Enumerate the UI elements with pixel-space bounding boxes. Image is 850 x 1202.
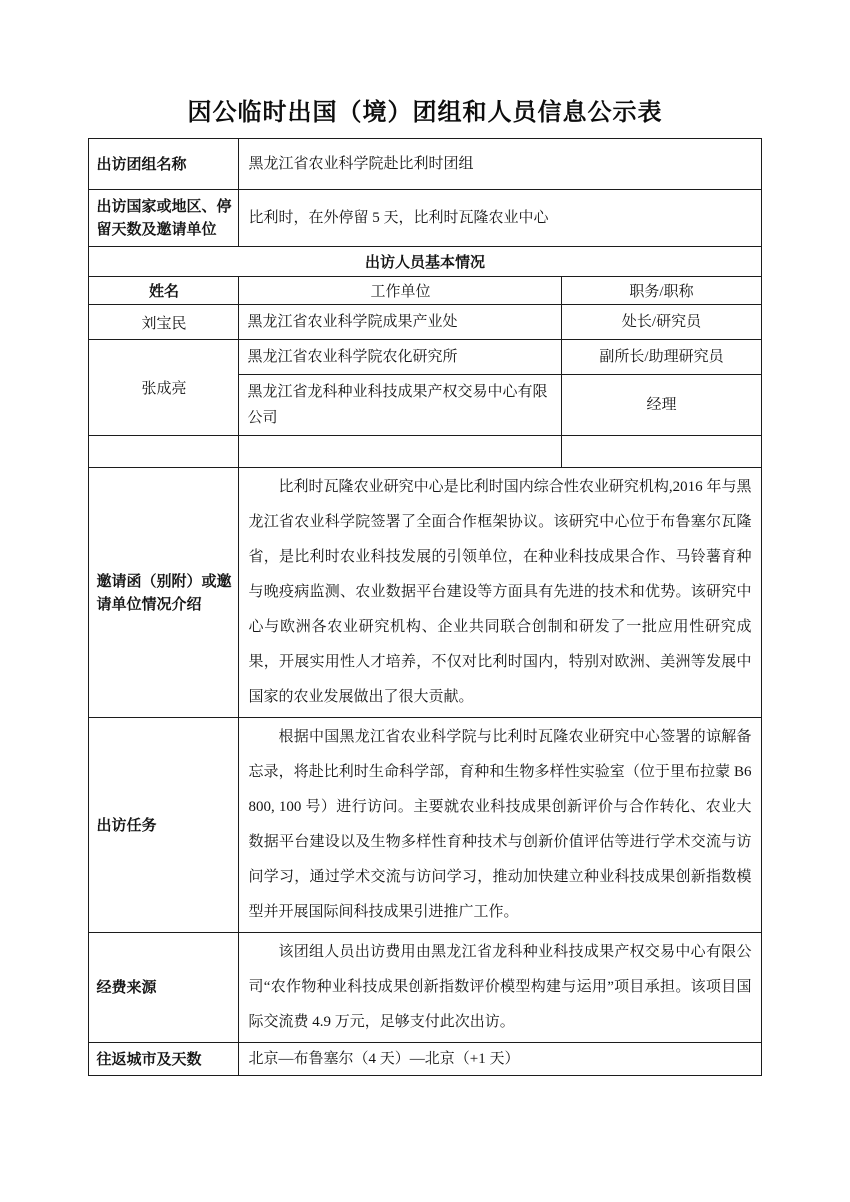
person-unit: 黑龙江省龙科种业科技成果产权交易中心有限公司 bbox=[239, 375, 562, 436]
funding-label: 经费来源 bbox=[89, 933, 239, 1043]
person-title: 经理 bbox=[562, 375, 761, 436]
invitation-value: 比利时瓦隆农业研究中心是比利时国内综合性农业研究机构,2016 年与黑龙江省农业… bbox=[239, 468, 761, 718]
document-page: 因公临时出国（境）团组和人员信息公示表 出访团组名称 黑龙江省农业科学院赴比利时… bbox=[0, 0, 850, 1202]
row-itinerary: 往返城市及天数 北京—布鲁塞尔（4 天）—北京（+1 天） bbox=[89, 1043, 761, 1076]
personnel-row-empty bbox=[89, 436, 761, 468]
mission-value: 根据中国黑龙江省农业科学院与比利时瓦隆农业研究中心签署的谅解备忘录，将赴比利时生… bbox=[239, 718, 761, 933]
person-title: 副所长/助理研究员 bbox=[562, 340, 761, 375]
row-mission: 出访任务 根据中国黑龙江省农业科学院与比利时瓦隆农业研究中心签署的谅解备忘录，将… bbox=[89, 718, 761, 933]
group-name-value: 黑龙江省农业科学院赴比利时团组 bbox=[239, 139, 761, 190]
person-unit: 黑龙江省农业科学院成果产业处 bbox=[239, 305, 562, 340]
itinerary-label: 往返城市及天数 bbox=[89, 1043, 239, 1076]
row-personnel-section: 出访人员基本情况 bbox=[89, 247, 761, 277]
person-title bbox=[562, 436, 761, 468]
personnel-row-2a: 张成亮 黑龙江省农业科学院农化研究所 副所长/助理研究员 bbox=[89, 340, 761, 375]
funding-paragraph: 该团组人员出访费用由黑龙江省龙科种业科技成果产权交易中心有限公司“农作物种业科技… bbox=[248, 935, 751, 1040]
page-title: 因公临时出国（境）团组和人员信息公示表 bbox=[0, 92, 850, 127]
row-destination: 出访国家或地区、停留天数及邀请单位 比利时，在外停留 5 天，比利时瓦隆农业中心 bbox=[89, 190, 761, 247]
col-header-name: 姓名 bbox=[89, 277, 239, 305]
personnel-section-title: 出访人员基本情况 bbox=[89, 247, 761, 277]
person-unit bbox=[239, 436, 562, 468]
funding-value: 该团组人员出访费用由黑龙江省龙科种业科技成果产权交易中心有限公司“农作物种业科技… bbox=[239, 933, 761, 1043]
person-title: 处长/研究员 bbox=[562, 305, 761, 340]
destination-label: 出访国家或地区、停留天数及邀请单位 bbox=[89, 190, 239, 247]
group-name-label: 出访团组名称 bbox=[89, 139, 239, 190]
person-name: 刘宝民 bbox=[89, 305, 239, 340]
col-header-unit: 工作单位 bbox=[239, 277, 562, 305]
mission-paragraph: 根据中国黑龙江省农业科学院与比利时瓦隆农业研究中心签署的谅解备忘录，将赴比利时生… bbox=[248, 720, 751, 930]
public-notice-form-table: 出访团组名称 黑龙江省农业科学院赴比利时团组 出访国家或地区、停留天数及邀请单位… bbox=[88, 138, 761, 1076]
row-invitation: 邀请函（别附）或邀请单位情况介绍 比利时瓦隆农业研究中心是比利时国内综合性农业研… bbox=[89, 468, 761, 718]
row-personnel-headers: 姓名 工作单位 职务/职称 bbox=[89, 277, 761, 305]
row-group-name: 出访团组名称 黑龙江省农业科学院赴比利时团组 bbox=[89, 139, 761, 190]
person-name: 张成亮 bbox=[89, 340, 239, 436]
person-name bbox=[89, 436, 239, 468]
itinerary-value: 北京—布鲁塞尔（4 天）—北京（+1 天） bbox=[239, 1043, 761, 1076]
col-header-title: 职务/职称 bbox=[562, 277, 761, 305]
invitation-label: 邀请函（别附）或邀请单位情况介绍 bbox=[89, 468, 239, 718]
person-unit: 黑龙江省农业科学院农化研究所 bbox=[239, 340, 562, 375]
mission-label: 出访任务 bbox=[89, 718, 239, 933]
personnel-row-1: 刘宝民 黑龙江省农业科学院成果产业处 处长/研究员 bbox=[89, 305, 761, 340]
invitation-paragraph: 比利时瓦隆农业研究中心是比利时国内综合性农业研究机构,2016 年与黑龙江省农业… bbox=[248, 470, 751, 715]
destination-value: 比利时，在外停留 5 天，比利时瓦隆农业中心 bbox=[239, 190, 761, 247]
row-funding: 经费来源 该团组人员出访费用由黑龙江省龙科种业科技成果产权交易中心有限公司“农作… bbox=[89, 933, 761, 1043]
